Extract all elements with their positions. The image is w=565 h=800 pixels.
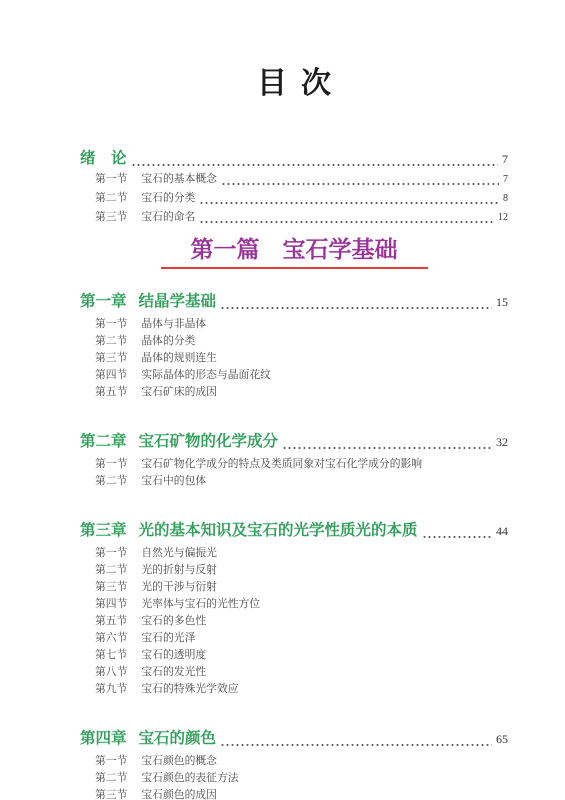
page-title: 目次 <box>80 58 508 102</box>
part-title-wrap: 第一篇 宝石学基础 <box>80 237 508 269</box>
toc-section-row: 第六节宝石的光泽 <box>80 630 508 647</box>
chapter-page-number: 65 <box>496 728 508 750</box>
section-number: 第三节 <box>95 350 127 367</box>
toc-section-row: 第三节光的干涉与衍射 <box>80 579 508 596</box>
section-number: 第七节 <box>95 647 127 664</box>
chapter-number: 第四章 <box>80 728 127 750</box>
section-number: 第三节 <box>95 579 127 596</box>
dot-leader <box>199 217 494 227</box>
chapter-page-number: 15 <box>496 291 508 313</box>
chapter-block: 第四章宝石的颜色65第一节宝石颜色的概念第二节宝石颜色的表征方法第三节宝石颜色的… <box>80 728 508 800</box>
section-number: 第一节 <box>95 753 127 770</box>
toc-section-row: 第二节宝石颜色的表征方法 <box>80 770 508 787</box>
chapter-number: 第三章 <box>80 520 127 542</box>
section-title: 宝石的透明度 <box>141 647 206 664</box>
section-number: 第二节 <box>95 333 127 350</box>
section-number: 第二节 <box>95 562 127 579</box>
toc-section-row: 第二节宝石的分类8 <box>80 189 508 208</box>
section-number: 第三节 <box>95 787 127 800</box>
toc: 绪 论 7 第一节宝石的基本概念7第二节宝石的分类8第三节宝石的命名12 第一篇… <box>80 148 508 800</box>
section-title: 光的折射与反射 <box>141 562 217 579</box>
chapter-number: 第二章 <box>80 431 127 453</box>
dot-leader <box>220 303 492 313</box>
dot-leader <box>220 740 492 750</box>
section-title: 光的干涉与衍射 <box>141 579 217 596</box>
toc-section-row: 第九节宝石的特殊光学效应 <box>80 681 508 698</box>
section-title: 宝石的光泽 <box>141 630 195 647</box>
toc-section-row: 第一节宝石颜色的概念 <box>80 753 508 770</box>
section-title: 宝石的多色性 <box>141 613 206 630</box>
dot-leader <box>282 443 492 453</box>
chapter-title: 结晶学基础 <box>139 291 217 313</box>
section-title: 晶体的分类 <box>141 333 195 350</box>
intro-page-number: 7 <box>502 148 508 170</box>
toc-section-row: 第一节晶体与非晶体 <box>80 316 508 333</box>
toc-section-row: 第一节宝石矿物化学成分的特点及类质同象对宝石化学成分的影响 <box>80 456 508 473</box>
section-number: 第二节 <box>95 189 127 207</box>
chapter-sections: 第一节宝石颜色的概念第二节宝石颜色的表征方法第三节宝石颜色的成因 <box>80 753 508 800</box>
section-title: 宝石的特殊光学效应 <box>141 681 238 698</box>
section-number: 第四节 <box>95 367 127 384</box>
chapter-block: 第一章结晶学基础15第一节晶体与非晶体第二节晶体的分类第三节晶体的规则连生第四节… <box>80 291 508 401</box>
chapter-title: 宝石的颜色 <box>139 728 217 750</box>
section-title: 宝石矿物化学成分的特点及类质同象对宝石化学成分的影响 <box>141 456 422 473</box>
part-title: 第一篇 宝石学基础 <box>161 237 428 269</box>
section-number: 第二节 <box>95 770 127 787</box>
chapter-heading-row: 第四章宝石的颜色65 <box>80 728 508 750</box>
chapter-heading-row: 第三章光的基本知识及宝石的光学性质光的本质44 <box>80 520 508 542</box>
section-number: 第二节 <box>95 473 127 490</box>
chapter-heading-row: 第一章结晶学基础15 <box>80 291 508 313</box>
section-title: 光率体与宝石的光性方位 <box>141 596 260 613</box>
chapter-title: 光的基本知识及宝石的光学性质光的本质 <box>139 520 418 542</box>
toc-section-row: 第三节宝石的命名12 <box>80 208 508 227</box>
section-number: 第三节 <box>95 208 127 226</box>
section-title: 实际晶体的形态与晶面花纹 <box>141 367 271 384</box>
toc-section-row: 第二节光的折射与反射 <box>80 562 508 579</box>
section-number: 第一节 <box>95 316 127 333</box>
chapter-sections: 第一节自然光与偏振光第二节光的折射与反射第三节光的干涉与衍射第四节光率体与宝石的… <box>80 545 508 698</box>
toc-section-row: 第一节宝石的基本概念7 <box>80 170 508 189</box>
dot-leader <box>199 198 499 208</box>
section-page-number: 12 <box>498 209 508 227</box>
section-title: 宝石矿床的成因 <box>141 384 217 401</box>
chapter-heading-row: 第二章宝石矿物的化学成分32 <box>80 431 508 453</box>
intro-heading-label: 绪 论 <box>80 148 127 170</box>
dot-leader <box>422 532 492 542</box>
toc-section-row: 第五节宝石矿床的成因 <box>80 384 508 401</box>
chapter-sections: 第一节宝石矿物化学成分的特点及类质同象对宝石化学成分的影响第二节宝石中的包体 <box>80 456 508 490</box>
section-number: 第四节 <box>95 596 127 613</box>
section-number: 第八节 <box>95 664 127 681</box>
dot-leader <box>221 179 499 189</box>
section-page-number: 7 <box>503 171 508 189</box>
toc-section-row: 第四节实际晶体的形态与晶面花纹 <box>80 367 508 384</box>
chapter-sections: 第一节晶体与非晶体第二节晶体的分类第三节晶体的规则连生第四节实际晶体的形态与晶面… <box>80 316 508 401</box>
toc-section-row: 第一节自然光与偏振光 <box>80 545 508 562</box>
section-page-number: 8 <box>503 190 508 208</box>
section-title: 宝石的分类 <box>141 189 195 207</box>
dot-leader <box>131 160 498 170</box>
section-title: 自然光与偏振光 <box>141 545 217 562</box>
toc-section-row: 第三节晶体的规则连生 <box>80 350 508 367</box>
section-title: 宝石的基本概念 <box>141 170 217 188</box>
section-title: 宝石颜色的概念 <box>141 753 217 770</box>
section-title: 宝石中的包体 <box>141 473 206 490</box>
chapter-page-number: 44 <box>496 520 508 542</box>
toc-section-row: 第二节宝石中的包体 <box>80 473 508 490</box>
section-number: 第五节 <box>95 384 127 401</box>
chapter-page-number: 32 <box>496 431 508 453</box>
toc-section-row: 第三节宝石颜色的成因 <box>80 787 508 800</box>
section-number: 第一节 <box>95 170 127 188</box>
section-title: 宝石的命名 <box>141 208 195 226</box>
intro-heading-row: 绪 论 7 <box>80 148 508 170</box>
section-title: 宝石颜色的表征方法 <box>141 770 238 787</box>
section-title: 晶体与非晶体 <box>141 316 206 333</box>
chapter-number: 第一章 <box>80 291 127 313</box>
intro-sections: 第一节宝石的基本概念7第二节宝石的分类8第三节宝石的命名12 <box>80 170 508 227</box>
chapter-block: 第二章宝石矿物的化学成分32第一节宝石矿物化学成分的特点及类质同象对宝石化学成分… <box>80 431 508 490</box>
section-title: 晶体的规则连生 <box>141 350 217 367</box>
toc-page: 目次 绪 论 7 第一节宝石的基本概念7第二节宝石的分类8第三节宝石的命名12 … <box>0 0 565 800</box>
chapter-block: 第三章光的基本知识及宝石的光学性质光的本质44第一节自然光与偏振光第二节光的折射… <box>80 520 508 698</box>
chapter-list: 第一章结晶学基础15第一节晶体与非晶体第二节晶体的分类第三节晶体的规则连生第四节… <box>80 291 508 800</box>
chapter-title: 宝石矿物的化学成分 <box>139 431 279 453</box>
section-number: 第九节 <box>95 681 127 698</box>
section-title: 宝石颜色的成因 <box>141 787 217 800</box>
section-number: 第一节 <box>95 545 127 562</box>
section-number: 第一节 <box>95 456 127 473</box>
toc-section-row: 第五节宝石的多色性 <box>80 613 508 630</box>
toc-section-row: 第四节光率体与宝石的光性方位 <box>80 596 508 613</box>
section-title: 宝石的发光性 <box>141 664 206 681</box>
intro-block: 绪 论 7 第一节宝石的基本概念7第二节宝石的分类8第三节宝石的命名12 <box>80 148 508 227</box>
toc-section-row: 第八节宝石的发光性 <box>80 664 508 681</box>
toc-section-row: 第七节宝石的透明度 <box>80 647 508 664</box>
toc-section-row: 第二节晶体的分类 <box>80 333 508 350</box>
section-number: 第五节 <box>95 613 127 630</box>
section-number: 第六节 <box>95 630 127 647</box>
